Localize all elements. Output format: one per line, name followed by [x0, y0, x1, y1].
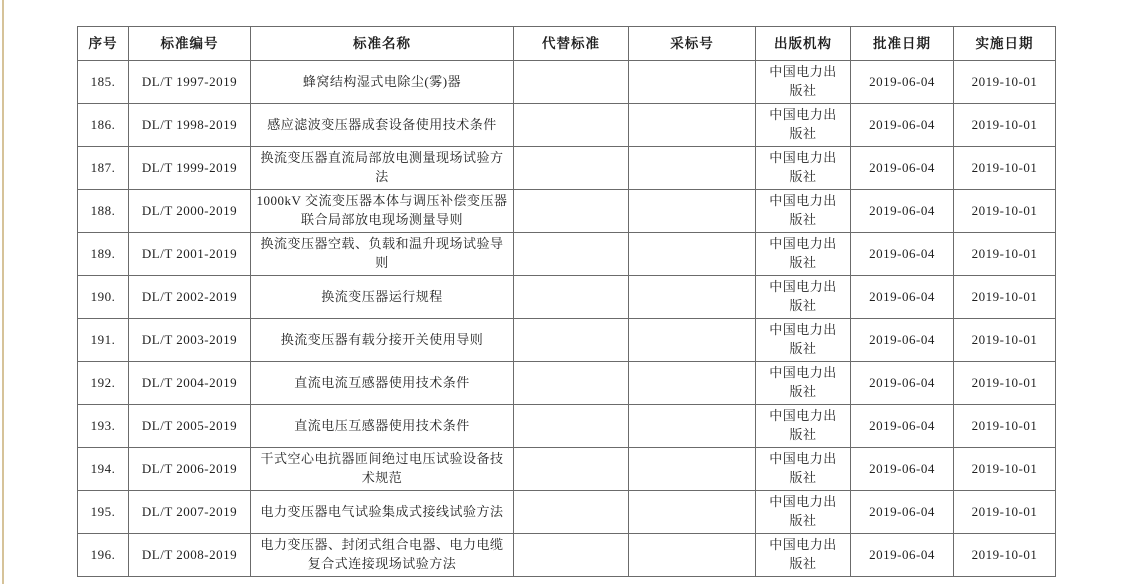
- col-header-serial: 序号: [78, 27, 129, 61]
- publisher-text: 中国电力出版社: [767, 278, 839, 316]
- document-page: 序号 标准编号 标准名称 代替标准 采标号 出版机构 批准日期 实施日期 185…: [0, 0, 1124, 584]
- cell-adopted-number: [629, 104, 756, 147]
- cell-standard-name: 1000kV 交流变压器本体与调压补偿变压器联合局部放电现场测量导则: [251, 190, 514, 233]
- cell-implementation-date: 2019-10-01: [954, 491, 1056, 534]
- cell-adopted-number: [629, 190, 756, 233]
- cell-standard-name: 直流电流互感器使用技术条件: [251, 362, 514, 405]
- cell-approval-date: 2019-06-04: [851, 319, 954, 362]
- cell-replaced-standard: [514, 448, 629, 491]
- table-row: 194. DL/T 2006-2019 干式空心电抗器匝间绝过电压试验设备技术规…: [78, 448, 1056, 491]
- publisher-text: 中国电力出版社: [767, 192, 839, 230]
- cell-serial-number: 196.: [78, 534, 129, 577]
- cell-approval-date: 2019-06-04: [851, 61, 954, 104]
- table-row: 192. DL/T 2004-2019 直流电流互感器使用技术条件 中国电力出版…: [78, 362, 1056, 405]
- cell-standard-code: DL/T 2002-2019: [129, 276, 251, 319]
- cell-adopted-number: [629, 276, 756, 319]
- cell-implementation-date: 2019-10-01: [954, 405, 1056, 448]
- table-row: 195. DL/T 2007-2019 电力变压器电气试验集成式接线试验方法 中…: [78, 491, 1056, 534]
- publisher-text: 中国电力出版社: [767, 364, 839, 402]
- table-row: 193. DL/T 2005-2019 直流电压互感器使用技术条件 中国电力出版…: [78, 405, 1056, 448]
- cell-standard-code: DL/T 2008-2019: [129, 534, 251, 577]
- cell-implementation-date: 2019-10-01: [954, 104, 1056, 147]
- cell-serial-number: 192.: [78, 362, 129, 405]
- col-header-approval-date: 批准日期: [851, 27, 954, 61]
- cell-serial-number: 185.: [78, 61, 129, 104]
- cell-replaced-standard: [514, 61, 629, 104]
- cell-standard-name: 换流变压器直流局部放电测量现场试验方法: [251, 147, 514, 190]
- cell-publisher: 中国电力出版社: [756, 534, 851, 577]
- cell-standard-name: 直流电压互感器使用技术条件: [251, 405, 514, 448]
- table-row: 196. DL/T 2008-2019 电力变压器、封闭式组合电器、电力电缆复合…: [78, 534, 1056, 577]
- cell-standard-name: 感应滤波变压器成套设备使用技术条件: [251, 104, 514, 147]
- cell-publisher: 中国电力出版社: [756, 276, 851, 319]
- cell-serial-number: 188.: [78, 190, 129, 233]
- publisher-text: 中国电力出版社: [767, 450, 839, 488]
- table-row: 188. DL/T 2000-2019 1000kV 交流变压器本体与调压补偿变…: [78, 190, 1056, 233]
- cell-implementation-date: 2019-10-01: [954, 276, 1056, 319]
- table-header-row: 序号 标准编号 标准名称 代替标准 采标号 出版机构 批准日期 实施日期: [78, 27, 1056, 61]
- cell-standard-code: DL/T 2007-2019: [129, 491, 251, 534]
- cell-publisher: 中国电力出版社: [756, 104, 851, 147]
- cell-publisher: 中国电力出版社: [756, 233, 851, 276]
- cell-approval-date: 2019-06-04: [851, 233, 954, 276]
- cell-implementation-date: 2019-10-01: [954, 362, 1056, 405]
- cell-standard-name: 蜂窝结构湿式电除尘(雾)器: [251, 61, 514, 104]
- publisher-text: 中国电力出版社: [767, 149, 839, 187]
- cell-implementation-date: 2019-10-01: [954, 448, 1056, 491]
- table-row: 190. DL/T 2002-2019 换流变压器运行规程 中国电力出版社 20…: [78, 276, 1056, 319]
- cell-replaced-standard: [514, 491, 629, 534]
- cell-implementation-date: 2019-10-01: [954, 233, 1056, 276]
- cell-implementation-date: 2019-10-01: [954, 190, 1056, 233]
- cell-replaced-standard: [514, 104, 629, 147]
- cell-standard-code: DL/T 1999-2019: [129, 147, 251, 190]
- table-row: 191. DL/T 2003-2019 换流变压器有载分接开关使用导则 中国电力…: [78, 319, 1056, 362]
- cell-standard-name: 干式空心电抗器匝间绝过电压试验设备技术规范: [251, 448, 514, 491]
- left-margin-line: [2, 0, 4, 584]
- standards-table: 序号 标准编号 标准名称 代替标准 采标号 出版机构 批准日期 实施日期 185…: [77, 26, 1056, 577]
- cell-implementation-date: 2019-10-01: [954, 319, 1056, 362]
- cell-standard-code: DL/T 2006-2019: [129, 448, 251, 491]
- publisher-text: 中国电力出版社: [767, 321, 839, 359]
- cell-serial-number: 187.: [78, 147, 129, 190]
- publisher-text: 中国电力出版社: [767, 106, 839, 144]
- cell-publisher: 中国电力出版社: [756, 319, 851, 362]
- cell-implementation-date: 2019-10-01: [954, 61, 1056, 104]
- cell-replaced-standard: [514, 147, 629, 190]
- cell-publisher: 中国电力出版社: [756, 448, 851, 491]
- cell-serial-number: 191.: [78, 319, 129, 362]
- cell-replaced-standard: [514, 534, 629, 577]
- cell-publisher: 中国电力出版社: [756, 362, 851, 405]
- cell-approval-date: 2019-06-04: [851, 405, 954, 448]
- cell-adopted-number: [629, 491, 756, 534]
- cell-approval-date: 2019-06-04: [851, 104, 954, 147]
- cell-adopted-number: [629, 448, 756, 491]
- publisher-text: 中国电力出版社: [767, 235, 839, 273]
- cell-approval-date: 2019-06-04: [851, 362, 954, 405]
- cell-approval-date: 2019-06-04: [851, 534, 954, 577]
- cell-standard-code: DL/T 1997-2019: [129, 61, 251, 104]
- cell-standard-code: DL/T 2000-2019: [129, 190, 251, 233]
- cell-serial-number: 193.: [78, 405, 129, 448]
- cell-serial-number: 190.: [78, 276, 129, 319]
- cell-replaced-standard: [514, 190, 629, 233]
- cell-replaced-standard: [514, 319, 629, 362]
- col-header-standard-name: 标准名称: [251, 27, 514, 61]
- table-row: 185. DL/T 1997-2019 蜂窝结构湿式电除尘(雾)器 中国电力出版…: [78, 61, 1056, 104]
- publisher-text: 中国电力出版社: [767, 63, 839, 101]
- cell-approval-date: 2019-06-04: [851, 276, 954, 319]
- cell-publisher: 中国电力出版社: [756, 147, 851, 190]
- cell-approval-date: 2019-06-04: [851, 448, 954, 491]
- cell-publisher: 中国电力出版社: [756, 491, 851, 534]
- cell-approval-date: 2019-06-04: [851, 190, 954, 233]
- cell-adopted-number: [629, 147, 756, 190]
- table-row: 186. DL/T 1998-2019 感应滤波变压器成套设备使用技术条件 中国…: [78, 104, 1056, 147]
- cell-publisher: 中国电力出版社: [756, 190, 851, 233]
- cell-publisher: 中国电力出版社: [756, 61, 851, 104]
- cell-serial-number: 189.: [78, 233, 129, 276]
- publisher-text: 中国电力出版社: [767, 536, 839, 574]
- table-row: 189. DL/T 2001-2019 换流变压器空载、负载和温升现场试验导则 …: [78, 233, 1056, 276]
- cell-implementation-date: 2019-10-01: [954, 534, 1056, 577]
- cell-implementation-date: 2019-10-01: [954, 147, 1056, 190]
- cell-standard-code: DL/T 2004-2019: [129, 362, 251, 405]
- cell-adopted-number: [629, 61, 756, 104]
- col-header-standard-code: 标准编号: [129, 27, 251, 61]
- col-header-replaced-standard: 代替标准: [514, 27, 629, 61]
- publisher-text: 中国电力出版社: [767, 407, 839, 445]
- cell-standard-name: 换流变压器运行规程: [251, 276, 514, 319]
- publisher-text: 中国电力出版社: [767, 493, 839, 531]
- cell-standard-name: 换流变压器空载、负载和温升现场试验导则: [251, 233, 514, 276]
- cell-standard-code: DL/T 2003-2019: [129, 319, 251, 362]
- cell-adopted-number: [629, 233, 756, 276]
- cell-replaced-standard: [514, 276, 629, 319]
- cell-replaced-standard: [514, 233, 629, 276]
- col-header-implementation-date: 实施日期: [954, 27, 1056, 61]
- col-header-adopted-number: 采标号: [629, 27, 756, 61]
- col-header-publisher: 出版机构: [756, 27, 851, 61]
- cell-replaced-standard: [514, 405, 629, 448]
- table-row: 187. DL/T 1999-2019 换流变压器直流局部放电测量现场试验方法 …: [78, 147, 1056, 190]
- cell-standard-code: DL/T 2001-2019: [129, 233, 251, 276]
- cell-approval-date: 2019-06-04: [851, 491, 954, 534]
- cell-standard-name: 电力变压器电气试验集成式接线试验方法: [251, 491, 514, 534]
- cell-adopted-number: [629, 534, 756, 577]
- cell-publisher: 中国电力出版社: [756, 405, 851, 448]
- cell-standard-name: 换流变压器有载分接开关使用导则: [251, 319, 514, 362]
- cell-adopted-number: [629, 405, 756, 448]
- cell-adopted-number: [629, 362, 756, 405]
- cell-standard-code: DL/T 1998-2019: [129, 104, 251, 147]
- cell-replaced-standard: [514, 362, 629, 405]
- cell-serial-number: 195.: [78, 491, 129, 534]
- cell-serial-number: 194.: [78, 448, 129, 491]
- cell-adopted-number: [629, 319, 756, 362]
- cell-standard-name: 电力变压器、封闭式组合电器、电力电缆复合式连接现场试验方法: [251, 534, 514, 577]
- cell-standard-code: DL/T 2005-2019: [129, 405, 251, 448]
- cell-approval-date: 2019-06-04: [851, 147, 954, 190]
- cell-serial-number: 186.: [78, 104, 129, 147]
